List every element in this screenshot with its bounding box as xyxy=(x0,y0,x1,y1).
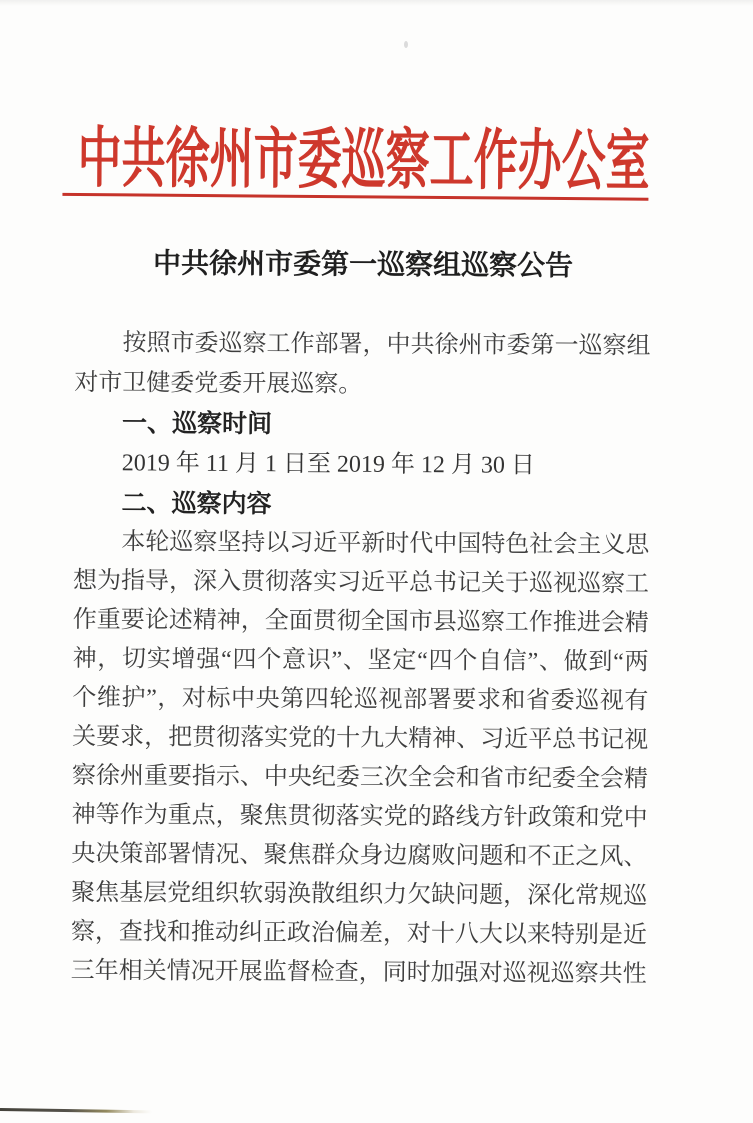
content-paragraph: 本轮巡察坚持以习近平新时代中国特色社会主义思想为指导，深入贯彻落实习近平总书记关… xyxy=(71,523,650,995)
notice-body: 按照市委巡察工作部署，中共徐州市委第一巡察组对市卫健委党委开展巡察。 一、巡察时… xyxy=(71,323,651,995)
letterhead-office-title: 中共徐州市委巡察工作办公室 xyxy=(77,104,650,203)
notice-title: 中共徐州市委第一巡察组巡察公告 xyxy=(75,245,651,287)
section-heading-inspection-time: 一、巡察时间 xyxy=(74,403,650,447)
scan-edge-artifact xyxy=(0,0,753,6)
intro-paragraph: 按照市委巡察工作部署，中共徐州市委第一巡察组对市卫健委党委开展巡察。 xyxy=(74,323,650,407)
inspection-date-range: 2019 年 11 月 1 日至 2019 年 12 月 30 日 xyxy=(74,443,650,487)
scan-speck-artifact xyxy=(404,41,408,48)
document-page: 中共徐州市委巡察工作办公室 中共徐州市委第一巡察组巡察公告 按照市委巡察工作部署… xyxy=(0,0,753,1123)
scan-line-artifact xyxy=(0,1108,152,1113)
letterhead: 中共徐州市委巡察工作办公室 xyxy=(75,107,652,201)
section-heading-inspection-content: 二、巡察内容 xyxy=(73,483,649,527)
